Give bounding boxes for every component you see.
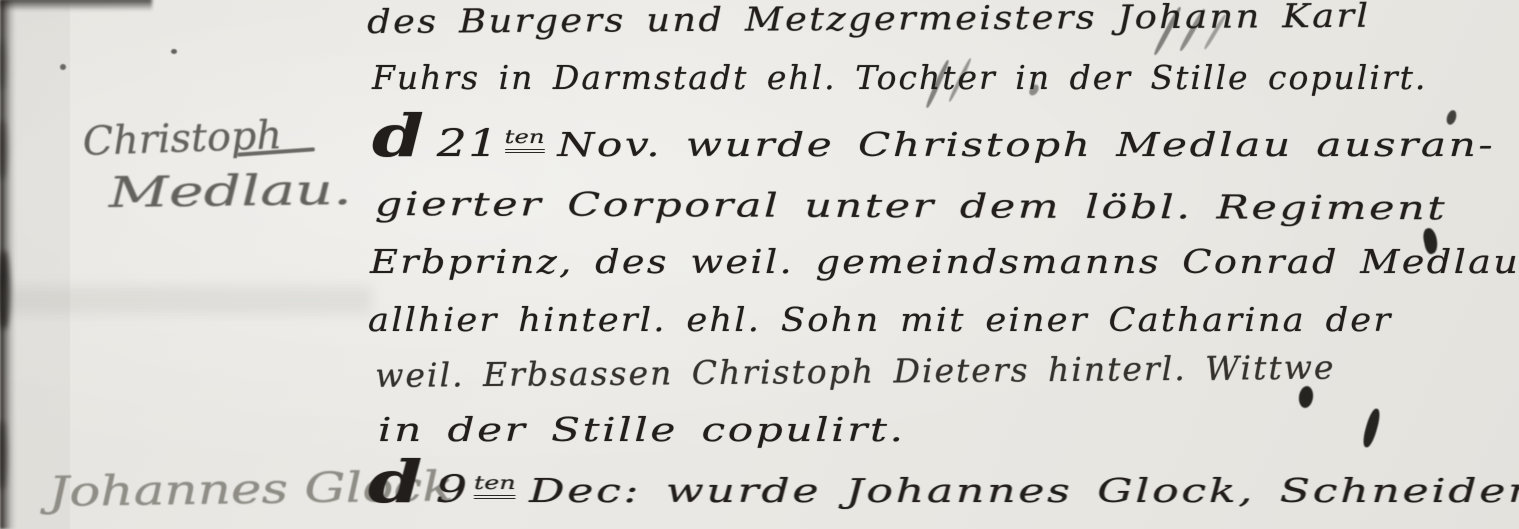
line-text: Nov. wurde Christoph Medlau ausran- bbox=[557, 125, 1495, 164]
body-line-8: in der Stille copulirt. bbox=[378, 410, 906, 449]
margin-name-medlau: Medlau. bbox=[108, 165, 352, 217]
manuscript-page: Christoph Medlau. Johannes Glock des Bur… bbox=[0, 0, 1519, 529]
body-line-6: allhier hinterl. ehl. Sohn mit einer Cat… bbox=[368, 300, 1392, 339]
day-number: 9 bbox=[436, 468, 469, 511]
margin-shading bbox=[0, 0, 70, 529]
ink-blot bbox=[1298, 385, 1315, 409]
day-initial: d bbox=[372, 102, 426, 170]
body-line-9: d9tenDec: wurde Johannes Glock, Schneide… bbox=[368, 466, 1519, 512]
day-initial: d bbox=[368, 448, 425, 516]
body-line-4: gierter Corporal unter dem löbl. Regimen… bbox=[375, 184, 1448, 227]
ink-speck bbox=[171, 49, 177, 54]
body-line-7: weil. Erbsassen Christoph Dieters hinter… bbox=[375, 348, 1336, 395]
body-line-3: d21tenNov. wurde Christoph Medlau ausran… bbox=[372, 120, 1495, 166]
day-number: 21 bbox=[437, 122, 500, 165]
ordinal-suffix: ten bbox=[505, 126, 545, 153]
margin-name-christoph: Christoph bbox=[82, 113, 283, 165]
ink-blot bbox=[1361, 407, 1383, 448]
ink-speck bbox=[60, 64, 66, 70]
body-line-5: Erbprinz, des weil. gemeindsmanns Conrad… bbox=[370, 242, 1519, 281]
ordinal-suffix: ten bbox=[474, 472, 516, 499]
paper-shading-band bbox=[0, 286, 372, 314]
line-text: Dec: wurde Johannes Glock, Schneider bbox=[529, 471, 1519, 510]
body-line-2: Fuhrs in Darmstadt ehl. Tochter in der S… bbox=[372, 58, 1427, 97]
